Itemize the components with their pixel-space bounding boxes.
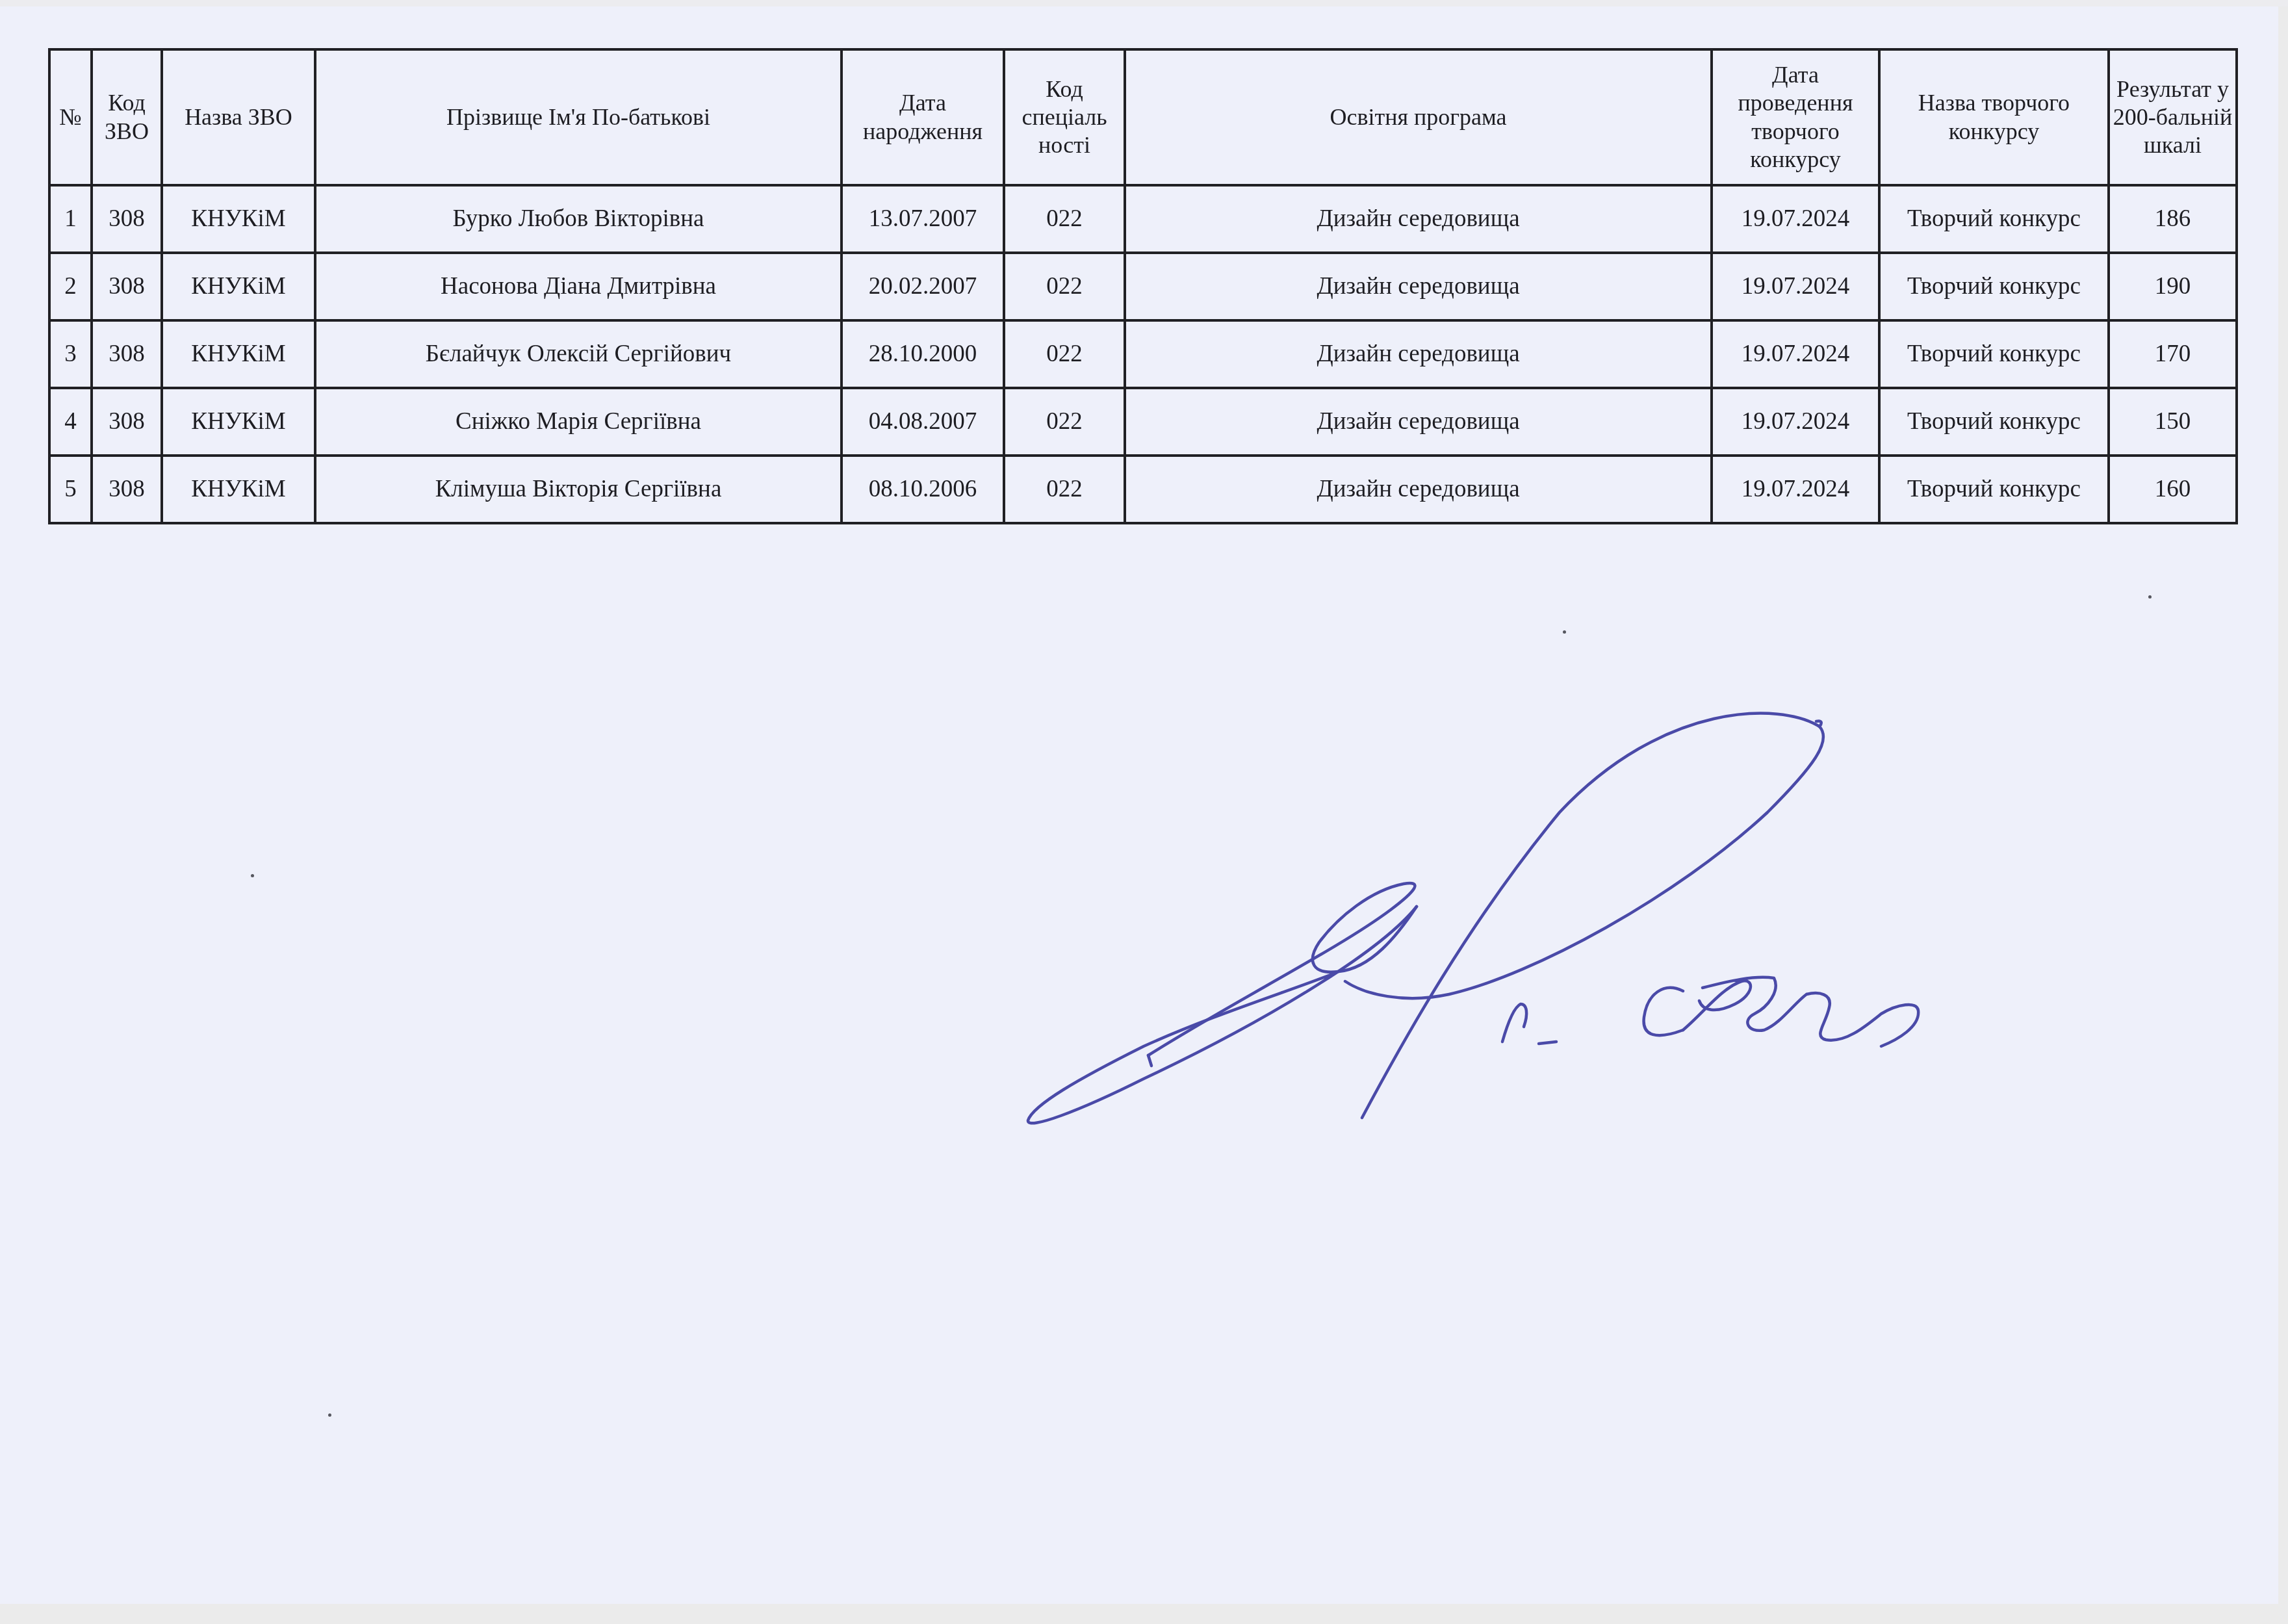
cell-number: 1: [49, 185, 92, 253]
col-header-program: Освітня програма: [1125, 49, 1712, 185]
cell-institution-code: 308: [92, 320, 162, 388]
col-header-institution-name: Назва ЗВО: [162, 49, 315, 185]
table-row: 2308КНУКіМНасонова Діана Дмитрівна20.02.…: [49, 253, 2237, 320]
cell-score: 170: [2109, 320, 2237, 388]
cell-specialty-code: 022: [1004, 388, 1125, 456]
cell-number: 2: [49, 253, 92, 320]
col-header-specialty-code: Код спеціаль ності: [1004, 49, 1125, 185]
table-header-row: № Код ЗВО Назва ЗВО Прізвище Ім'я По-бат…: [49, 49, 2237, 185]
cell-contest-date: 19.07.2024: [1712, 185, 1879, 253]
cell-birth-date: 08.10.2006: [842, 456, 1004, 523]
scan-speck: [1563, 630, 1566, 634]
cell-score: 190: [2109, 253, 2237, 320]
cell-institution-code: 308: [92, 456, 162, 523]
cell-contest-date: 19.07.2024: [1712, 456, 1879, 523]
col-header-birth-date: Дата народження: [842, 49, 1004, 185]
scan-speck: [328, 1413, 331, 1417]
table-row: 3308КНУКіМБєлайчук Олексій Сергійович28.…: [49, 320, 2237, 388]
cell-contest-date: 19.07.2024: [1712, 388, 1879, 456]
cell-specialty-code: 022: [1004, 320, 1125, 388]
cell-contest-name: Творчий конкурс: [1879, 320, 2109, 388]
cell-birth-date: 13.07.2007: [842, 185, 1004, 253]
cell-institution-name: КНУКіМ: [162, 320, 315, 388]
cell-number: 4: [49, 388, 92, 456]
cell-contest-date: 19.07.2024: [1712, 320, 1879, 388]
cell-program: Дизайн середовища: [1125, 185, 1712, 253]
cell-program: Дизайн середовища: [1125, 388, 1712, 456]
col-header-full-name: Прізвище Ім'я По-батькові: [315, 49, 842, 185]
cell-contest-date: 19.07.2024: [1712, 253, 1879, 320]
cell-institution-name: КНУКіМ: [162, 456, 315, 523]
cell-number: 5: [49, 456, 92, 523]
cell-full-name: Бурко Любов Вікторівна: [315, 185, 842, 253]
cell-specialty-code: 022: [1004, 185, 1125, 253]
cell-institution-name: КНУКіМ: [162, 185, 315, 253]
cell-specialty-code: 022: [1004, 456, 1125, 523]
table-row: 1308КНУКіМБурко Любов Вікторівна13.07.20…: [49, 185, 2237, 253]
cell-specialty-code: 022: [1004, 253, 1125, 320]
cell-contest-name: Творчий конкурс: [1879, 388, 2109, 456]
cell-program: Дизайн середовища: [1125, 456, 1712, 523]
cell-score: 160: [2109, 456, 2237, 523]
cell-program: Дизайн середовища: [1125, 320, 1712, 388]
cell-contest-name: Творчий конкурс: [1879, 185, 2109, 253]
scan-speck: [251, 874, 254, 877]
table-row: 4308КНУКіМСніжко Марія Сергіївна04.08.20…: [49, 388, 2237, 456]
col-header-institution-code: Код ЗВО: [92, 49, 162, 185]
col-header-number: №: [49, 49, 92, 185]
table-row: 5308КНУКіМКлімуша Вікторія Сергіївна08.1…: [49, 456, 2237, 523]
cell-program: Дизайн середовища: [1125, 253, 1712, 320]
results-table: № Код ЗВО Назва ЗВО Прізвище Ім'я По-бат…: [48, 48, 2238, 524]
cell-institution-name: КНУКіМ: [162, 388, 315, 456]
cell-full-name: Сніжко Марія Сергіївна: [315, 388, 842, 456]
scan-edge: [0, 0, 2288, 6]
scan-speck: [2148, 595, 2152, 599]
col-header-contest-name: Назва творчого конкурсу: [1879, 49, 2109, 185]
cell-score: 150: [2109, 388, 2237, 456]
cell-birth-date: 28.10.2000: [842, 320, 1004, 388]
cell-institution-code: 308: [92, 185, 162, 253]
col-header-contest-date: Дата проведення творчого конкурсу: [1712, 49, 1879, 185]
cell-birth-date: 04.08.2007: [842, 388, 1004, 456]
cell-full-name: Бєлайчук Олексій Сергійович: [315, 320, 842, 388]
cell-contest-name: Творчий конкурс: [1879, 456, 2109, 523]
cell-institution-code: 308: [92, 388, 162, 456]
col-header-score: Результат у 200-бальній шкалі: [2109, 49, 2237, 185]
cell-birth-date: 20.02.2007: [842, 253, 1004, 320]
cell-full-name: Насонова Діана Дмитрівна: [315, 253, 842, 320]
cell-contest-name: Творчий конкурс: [1879, 253, 2109, 320]
cell-institution-name: КНУКіМ: [162, 253, 315, 320]
cell-institution-code: 308: [92, 253, 162, 320]
cell-score: 186: [2109, 185, 2237, 253]
cell-full-name: Клімуша Вікторія Сергіївна: [315, 456, 842, 523]
cell-number: 3: [49, 320, 92, 388]
